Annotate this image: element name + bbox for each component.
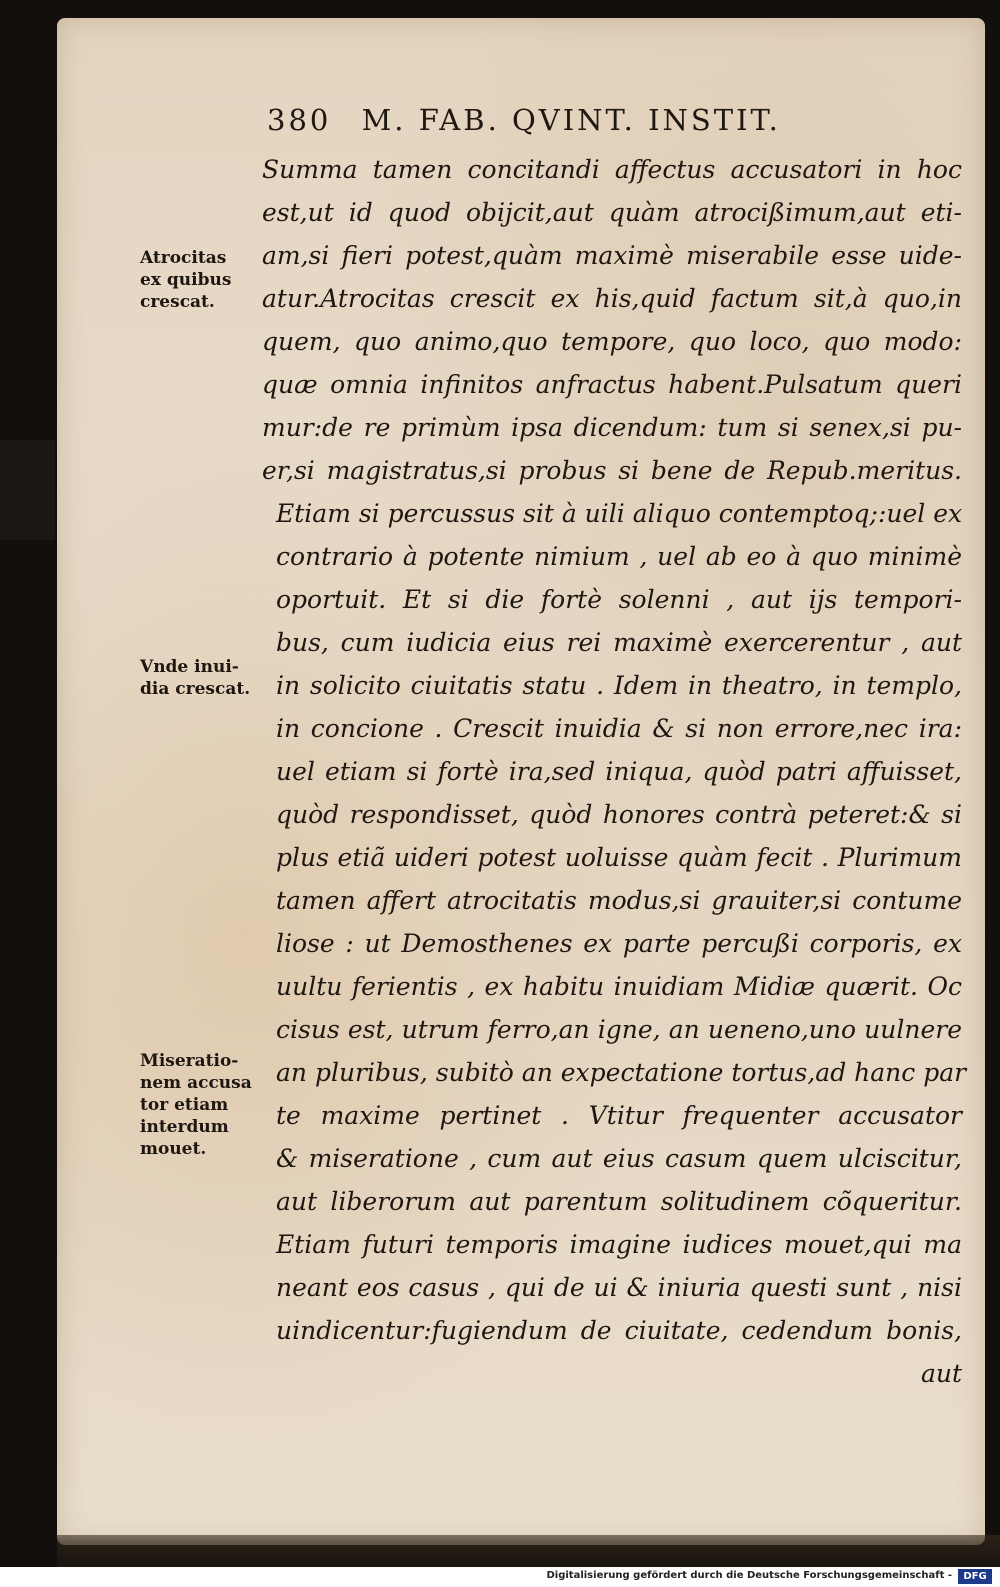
margin-note-line: dia crescat. <box>140 678 265 700</box>
margin-note-inuidia: Vnde inui- dia crescat. <box>140 656 265 700</box>
text-line: & miseratione , cum aut eius casum quem … <box>262 1137 962 1180</box>
text-line: te maxime pertinet . Vtitur frequenter a… <box>262 1094 962 1137</box>
text-line: quòd respondisset, quòd honores contrà p… <box>262 793 962 836</box>
margin-note-line: Vnde inui- <box>140 656 265 678</box>
margin-note-atrocitas: Atrocitas ex quibus crescat. <box>140 247 265 313</box>
running-header: 380 M. FAB. QVINT. INSTIT. <box>267 103 907 137</box>
catchword: aut <box>262 1352 962 1395</box>
text-line: an pluribus, subitò an expectatione tort… <box>262 1051 962 1094</box>
text-line: mur:de re primùm ipsa dicendum: tum si s… <box>262 406 962 449</box>
text-line: bus, cum iudicia eius rei maximè exercer… <box>262 621 962 664</box>
text-line: aut liberorum aut parentum solitudinem c… <box>262 1180 962 1223</box>
text-line: neant eos casus , qui de ui & iniuria qu… <box>262 1266 962 1309</box>
text-line: in solicito ciuitatis statu . Idem in th… <box>262 664 962 707</box>
text-line: Etiam futuri temporis imagine iudices mo… <box>262 1223 962 1266</box>
text-line: in concione . Crescit inuidia & si non e… <box>262 707 962 750</box>
margin-note-miseratio: Miseratio- nem accusa tor etiam interdum… <box>140 1050 265 1160</box>
text-line: plus etiã uideri potest uoluisse quàm fe… <box>262 836 962 879</box>
margin-note-line: tor etiam <box>140 1094 265 1116</box>
text-line: liose : ut Demosthenes ex parte percußi … <box>262 922 962 965</box>
margin-note-line: Atrocitas <box>140 247 265 269</box>
dfg-logo-icon: DFG <box>958 1569 992 1584</box>
page-bottom-shadow <box>57 1535 1000 1567</box>
footer-bar: Digitalisierung gefördert durch die Deut… <box>0 1567 1000 1587</box>
text-line: uindicentur:fugiendum de ciuitate, ceden… <box>262 1309 962 1352</box>
text-line: Etiam si percussus sit à uili aliquo con… <box>262 492 962 535</box>
text-line: est,ut id quod obijcit,aut quàm atrocißi… <box>262 191 962 234</box>
text-line: uel etiam si fortè ira,sed iniqua, quòd … <box>262 750 962 793</box>
text-line: cisus est, utrum ferro,an igne, an uenen… <box>262 1008 962 1051</box>
text-line: am,si fieri potest,quàm maximè miserabil… <box>262 234 962 277</box>
text-line: er,si magistratus,si probus si bene de R… <box>262 449 962 492</box>
margin-note-line: mouet. <box>140 1138 265 1160</box>
margin-note-line: ex quibus <box>140 269 265 291</box>
text-line: quæ omnia infinitos anfractus habent.Pul… <box>262 363 962 406</box>
text-line: quem, quo animo,quo tempore, quo loco, q… <box>262 320 962 363</box>
margin-note-line: interdum <box>140 1116 265 1138</box>
text-line: Summa tamen concitandi affectus accusato… <box>262 148 962 191</box>
text-line: atur.Atrocitas crescit ex his,quid factu… <box>262 277 962 320</box>
funding-credit: Digitalisierung gefördert durch die Deut… <box>546 1570 952 1581</box>
running-title: M. FAB. QVINT. INSTIT. <box>362 103 781 137</box>
text-line: uultu ferientis , ex habitu inuidiam Mid… <box>262 965 962 1008</box>
adjacent-page-bleed <box>0 440 55 540</box>
margin-note-line: Miseratio- <box>140 1050 265 1072</box>
margin-note-line: crescat. <box>140 291 265 313</box>
main-text-block: Summa tamen concitandi affectus accusato… <box>262 148 962 1395</box>
margin-note-line: nem accusa <box>140 1072 265 1094</box>
text-line: contrario à potente nimium , uel ab eo à… <box>262 535 962 578</box>
text-line: oportuit. Et si die fortè solenni , aut … <box>262 578 962 621</box>
text-line: tamen affert atrocitatis modus,si grauit… <box>262 879 962 922</box>
page-number: 380 <box>267 103 331 137</box>
